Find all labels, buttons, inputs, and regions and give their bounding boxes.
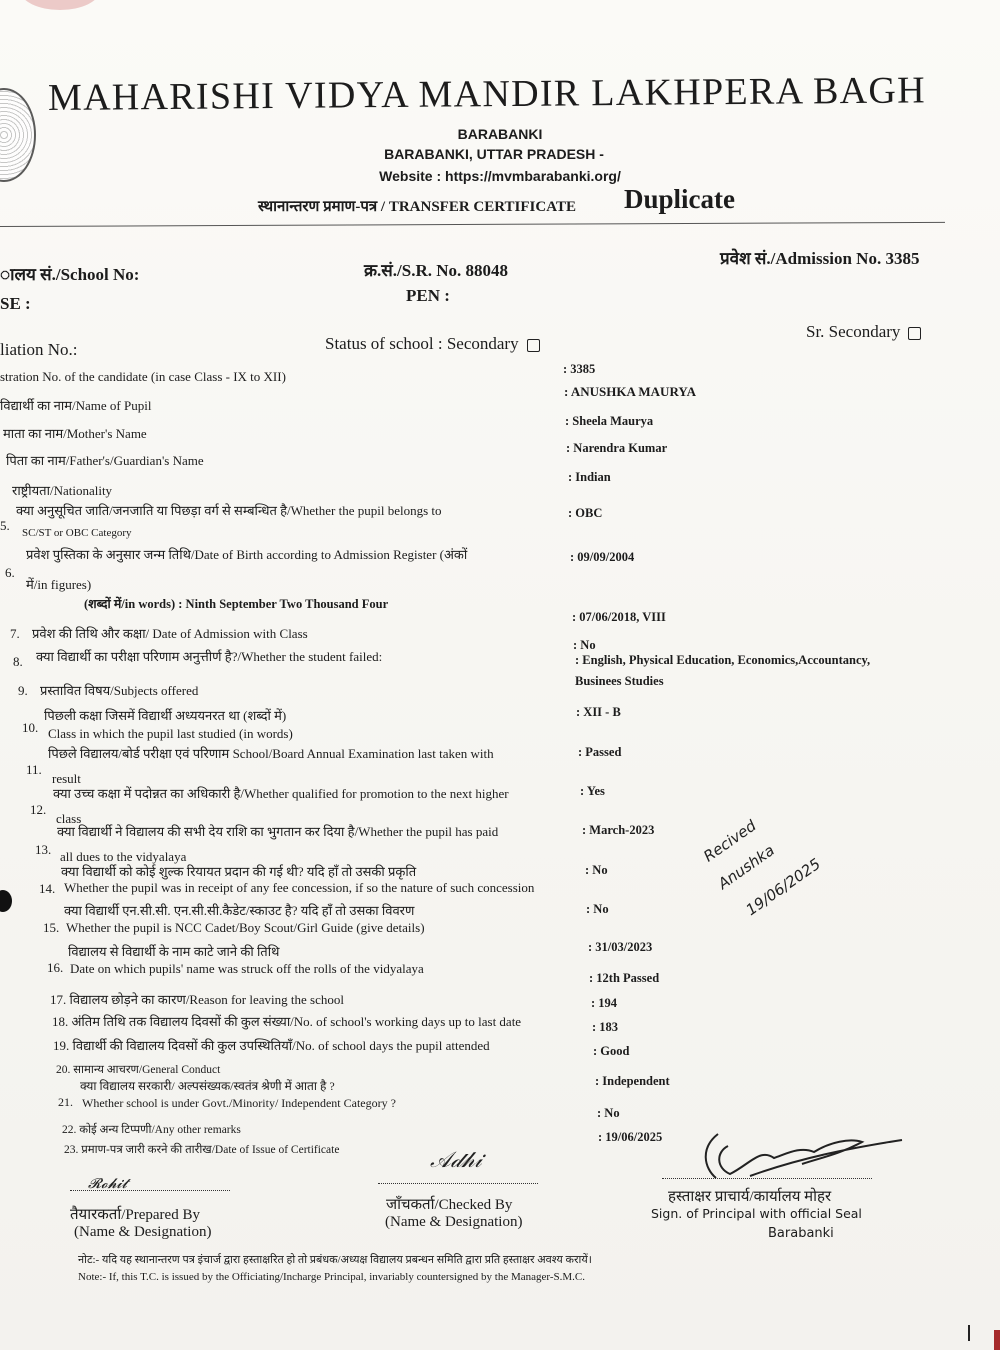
field-value-last-exam: : Passed xyxy=(578,745,621,760)
principal-sign-english: Sign. of Principal with official Seal xyxy=(651,1206,862,1221)
field-value-reason: : 12th Passed xyxy=(589,971,659,986)
field-label-pupil-name: विद्यार्थी का नाम/Name of Pupil xyxy=(0,396,151,414)
affiliation-label: liation No.: xyxy=(0,340,77,360)
field-num-8: 8. xyxy=(13,654,23,670)
field-label-category-school-line2: Whether school is under Govt./Minority/ … xyxy=(82,1096,396,1111)
edge-mark xyxy=(968,1325,970,1341)
checked-by-sub: (Name & Designation) xyxy=(385,1214,522,1231)
sr-secondary-label: Sr. Secondary xyxy=(806,322,900,341)
field-label-working-days: 18. अंतिम तिथि तक विद्यालय दिवसों की कुल… xyxy=(52,1012,521,1030)
field-label-reason: 17. विद्यालय छोड़ने का कारण/Reason for l… xyxy=(50,990,344,1008)
field-value-nationality: : Indian xyxy=(568,470,611,485)
checked-signature-icon: 𝒜𝒹𝒽𝒾 xyxy=(430,1148,482,1173)
field-num-7: 7. xyxy=(10,626,20,642)
field-label-concession-line2: Whether the pupil was in receipt of any … xyxy=(64,880,534,896)
principal-sign-hindi: हस्ताक्षर प्राचार्य/कार्यालय मोहर xyxy=(668,1186,831,1206)
field-value-issue-date: : 19/06/2025 xyxy=(598,1130,662,1145)
sr-no: क्र.सं./S.R. No. 88048 xyxy=(364,258,508,281)
school-status: Status of school : Secondary xyxy=(325,334,540,354)
field-label-ncc: क्या विद्यार्थी एन.सी.सी. एन.सी.सी.कैडेट… xyxy=(64,901,414,919)
field-label-failed: क्या विद्यार्थी का परीक्षा परिणाम अनुत्त… xyxy=(36,647,382,665)
field-num-10: 10. xyxy=(22,720,38,736)
field-label-concession: क्या विद्यार्थी को कोई शुल्क रियायत प्रद… xyxy=(61,862,416,880)
admission-no: प्रवेश सं./Admission No. 3385 xyxy=(720,246,919,269)
field-value-subjects-line2: Businees Studies xyxy=(575,674,664,689)
prepared-by-sub: (Name & Designation) xyxy=(74,1224,211,1241)
field-label-dues: क्या विद्यार्थी ने विद्यालय की सभी देय र… xyxy=(57,822,498,840)
prepared-by-label: तैयारकर्ता/Prepared By xyxy=(70,1204,200,1224)
field-dob-in-words: (शब्दों में/in words) : Ninth September … xyxy=(84,595,388,612)
field-value-conduct: : Good xyxy=(593,1044,629,1059)
field-num-9: 9. xyxy=(18,683,28,699)
status-label: Status of school : Secondary xyxy=(325,334,519,353)
field-value-failed: : No xyxy=(573,638,596,653)
secondary-checkbox[interactable] xyxy=(527,339,540,352)
copy-type-label: Duplicate xyxy=(624,184,735,215)
field-value-father-name: : Narendra Kumar xyxy=(566,441,667,456)
school-address: BARABANKI, UTTAR PRADESH - xyxy=(0,146,994,162)
principal-signature-icon xyxy=(690,1128,910,1188)
principal-place: Barabanki xyxy=(768,1226,834,1241)
field-value-pupil-name: : ANUSHKA MAURYA xyxy=(564,384,696,400)
field-label-registration: stration No. of the candidate (in case C… xyxy=(0,369,286,385)
school-website: Website : https://mvmbarabanki.org/ xyxy=(0,168,1000,184)
field-label-struck-off: विद्यालय से विद्यार्थी के नाम काटे जाने … xyxy=(68,942,279,960)
field-value-dob: : 09/09/2004 xyxy=(570,550,634,565)
field-value-category: : OBC xyxy=(568,506,602,521)
field-label-category-line2: SC/ST or OBC Category xyxy=(22,527,132,539)
field-label-subjects: प्रस्तावित विषय/Subjects offered xyxy=(40,681,198,699)
field-label-last-class: पिछली कक्षा जिसमें विद्यार्थी अध्ययनरत थ… xyxy=(44,706,286,724)
edge-stain xyxy=(994,1330,1000,1350)
field-label-admission-date: प्रवेश की तिथि और कक्षा/ Date of Admissi… xyxy=(32,624,308,642)
field-num-12: 12. xyxy=(30,802,46,818)
field-num-16: 16. xyxy=(47,960,63,976)
field-label-category-school: क्या विद्यालय सरकारी/ अल्पसंख्यक/स्वतंत्… xyxy=(80,1077,335,1094)
field-value-last-class: : XII - B xyxy=(576,705,621,720)
field-value-struck-off: : 31/03/2023 xyxy=(588,940,652,955)
field-value-admission-date: : 07/06/2018, VIII xyxy=(572,610,666,625)
field-num-5: 5. xyxy=(0,518,10,534)
school-name: MAHARISHI VIDYA MANDIR LAKHPERA BAGH xyxy=(48,68,926,120)
field-label-ncc-line2: Whether the pupil is NCC Cadet/Boy Scout… xyxy=(66,920,425,936)
school-no-label: ालय सं./School No: xyxy=(0,262,139,285)
field-value-attended: : 183 xyxy=(592,1020,618,1035)
school-city: BARABANKI xyxy=(0,126,1000,142)
field-num-6: 6. xyxy=(5,565,15,581)
field-label-nationality: राष्ट्रीयता/Nationality xyxy=(12,481,112,499)
field-label-dob-line2: में/in figures) xyxy=(26,575,91,593)
field-num-15: 15. xyxy=(43,920,59,936)
sr-secondary-checkbox[interactable] xyxy=(908,327,921,340)
field-value-mother-name: : Sheela Maurya xyxy=(565,414,653,429)
field-label-father-name: पिता का नाम/Father's/Guardian's Name xyxy=(6,451,204,469)
field-value-remarks: : No xyxy=(597,1106,620,1121)
field-label-category: क्या अनुसूचित जाति/जनजाति या पिछड़ा वर्ग… xyxy=(16,501,442,519)
field-value-registration: : 3385 xyxy=(563,362,595,377)
field-num-21: 21. xyxy=(58,1095,73,1110)
field-num-11: 11. xyxy=(26,762,42,778)
field-label-promotion: क्या उच्च कक्षा में पदोन्नत का अधिकारी ह… xyxy=(53,784,509,802)
field-label-last-exam: पिछले विद्यालय/बोर्ड परीक्षा एवं परिणाम … xyxy=(48,744,494,762)
field-value-promotion: : Yes xyxy=(580,784,605,799)
sr-secondary-status: Sr. Secondary xyxy=(806,322,921,342)
field-label-attended: 19. विद्यार्थी की विद्यालय दिवसों की कुल… xyxy=(53,1036,490,1054)
checked-by-label: जाँचकर्ता/Checked By xyxy=(386,1194,512,1214)
note-english: Note:- If, this T.C. is issued by the Of… xyxy=(78,1271,585,1283)
field-label-struck-off-line2: Date on which pupils' name was struck of… xyxy=(70,961,424,977)
cbse-label: SE : xyxy=(0,294,31,314)
field-label-last-class-line2: Class in which the pupil last studied (i… xyxy=(48,726,293,742)
field-label-remarks: 22. कोई अन्य टिप्पणी/Any other remarks xyxy=(62,1122,241,1137)
field-value-concession: : No xyxy=(585,863,608,878)
certificate-title: स्थानान्तरण प्रमाण-पत्र / TRANSFER CERTI… xyxy=(258,196,576,216)
field-label-conduct: 20. सामान्य आचरण/General Conduct xyxy=(56,1062,220,1077)
field-value-ncc: : No xyxy=(586,902,609,917)
note-hindi: नोट:- यदि यह स्थानान्तरण पत्र इंचार्ज द्… xyxy=(78,1252,592,1267)
field-value-working-days: : 194 xyxy=(591,996,617,1011)
field-value-school-category: : Independent xyxy=(595,1074,670,1089)
field-value-dues: : March-2023 xyxy=(582,823,654,838)
field-label-dob: प्रवेश पुस्तिका के अनुसार जन्म तिथि/Date… xyxy=(26,545,467,563)
field-num-14: 14. xyxy=(39,881,55,897)
checked-signature-line xyxy=(378,1183,538,1184)
pen-label: PEN : xyxy=(406,286,450,306)
prepared-signature-icon: 𝓡𝓸𝓱𝓲𝓽 xyxy=(88,1176,127,1192)
field-value-subjects: : English, Physical Education, Economics… xyxy=(575,653,870,668)
field-num-13: 13. xyxy=(35,842,51,858)
field-label-mother-name: माता का नाम/Mother's Name xyxy=(3,424,147,442)
field-label-issue-date: 23. प्रमाण-पत्र जारी करने की तारीख/Date … xyxy=(64,1142,339,1157)
